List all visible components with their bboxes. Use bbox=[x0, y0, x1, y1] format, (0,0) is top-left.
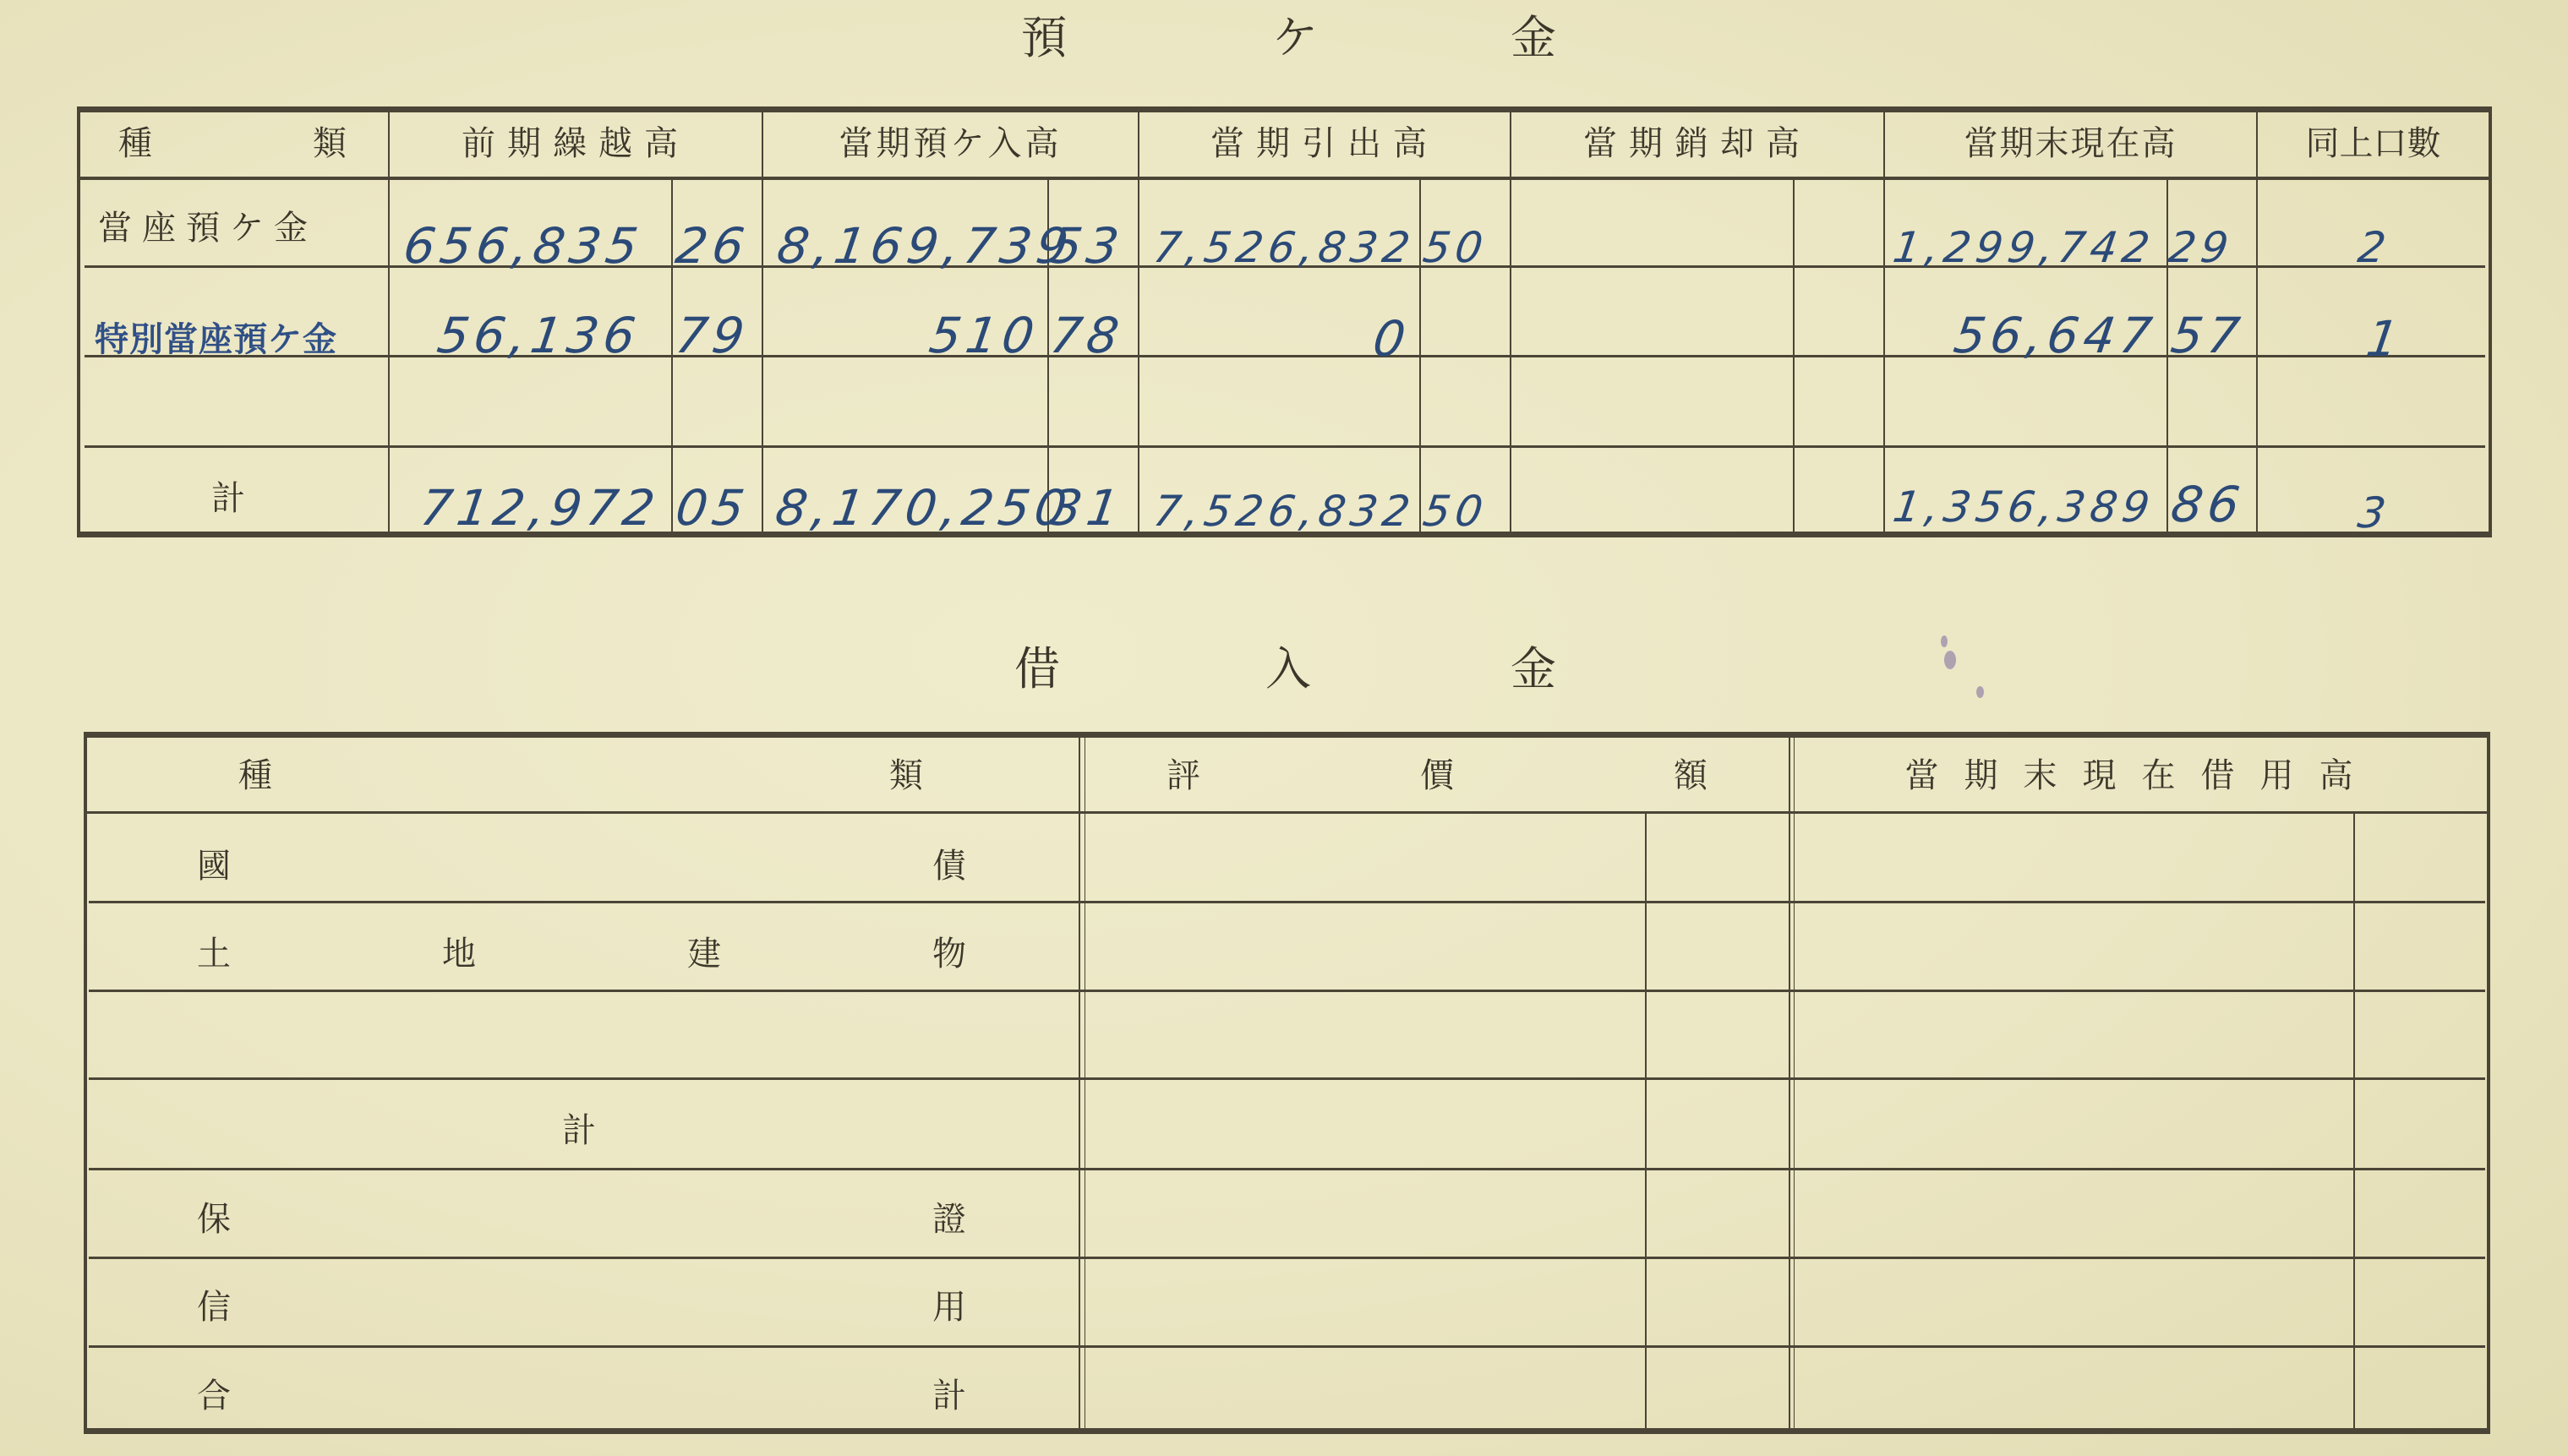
header-type: 種 類 bbox=[118, 123, 347, 165]
row-type-label: 當座預ケ金 bbox=[98, 207, 377, 249]
column-divider bbox=[1794, 738, 1795, 1428]
prev-carryover-sen: 79 bbox=[673, 311, 752, 360]
prev-carryover-yen: 656,835 bbox=[401, 221, 646, 270]
header-balance-end: 當期末現在借用高 bbox=[1796, 755, 2487, 797]
withdrawals-yen: 7,526,832 bbox=[1150, 226, 1417, 269]
balance-end-sen: 57 bbox=[2168, 311, 2248, 360]
row-label-char: 物 bbox=[932, 937, 966, 971]
deposits-title-char: ケ bbox=[1272, 15, 1318, 61]
header-accounts: 同上口數 bbox=[2258, 123, 2489, 165]
table-row-grand-total: 合 計 bbox=[197, 1375, 966, 1417]
ink-speck bbox=[1976, 686, 1984, 698]
total-balance-end-yen: 1,356,389 bbox=[1890, 486, 2156, 528]
header-appraised-char: 評 bbox=[1167, 759, 1200, 793]
deposits-in-yen: 510 bbox=[926, 311, 1042, 360]
total-prev-carryover-yen: 712,972 bbox=[418, 483, 663, 532]
borrowings-table-left-rule bbox=[84, 732, 87, 1434]
header-prev-carryover: 前期繰越高 bbox=[390, 123, 762, 165]
column-divider bbox=[1789, 738, 1790, 1428]
borrowings-table-top-rule bbox=[84, 732, 2490, 738]
borrowings-title-char: 借 bbox=[1014, 646, 1060, 692]
ink-speck bbox=[1944, 651, 1956, 669]
sen-divider bbox=[1645, 814, 1647, 1428]
row-label-char: 地 bbox=[442, 937, 476, 971]
column-divider bbox=[1085, 738, 1085, 1428]
row-label-char: 信 bbox=[197, 1290, 231, 1324]
table-row-land-buildings: 土 地 建 物 bbox=[197, 933, 966, 975]
header-type-char: 種 bbox=[238, 759, 272, 793]
row-label-char: 國 bbox=[197, 849, 231, 883]
total-prev-carryover-sen: 05 bbox=[673, 483, 752, 532]
table-row-guarantee: 保 證 bbox=[197, 1198, 966, 1241]
column-divider bbox=[1510, 112, 1511, 532]
row-label-char: 證 bbox=[932, 1202, 966, 1236]
column-divider bbox=[388, 112, 390, 532]
deposits-in-sen: 53 bbox=[1047, 221, 1127, 270]
header-withdrawals: 當期引出高 bbox=[1139, 123, 1510, 165]
sen-divider bbox=[2353, 814, 2355, 1428]
row-label-char: 用 bbox=[932, 1290, 966, 1324]
total-deposits-in-sen: 31 bbox=[1047, 483, 1127, 532]
borrowings-title-char: 金 bbox=[1511, 646, 1556, 692]
row-rule bbox=[89, 1168, 2485, 1170]
deposits-table-top-rule bbox=[77, 106, 2492, 112]
ink-speck bbox=[1941, 635, 1948, 647]
column-divider bbox=[2256, 112, 2258, 532]
row-label-char: 土 bbox=[197, 937, 231, 971]
header-appraised-value: 評 價 額 bbox=[1167, 755, 1707, 797]
column-divider bbox=[1079, 738, 1080, 1428]
row-label-char: 債 bbox=[932, 849, 966, 883]
header-type-char: 種 bbox=[118, 127, 152, 161]
borrowings-table-right-rule bbox=[2487, 732, 2490, 1434]
row-type-label: 特別當座預ケ金 bbox=[95, 321, 382, 358]
row-rule bbox=[89, 990, 2485, 992]
balance-end-yen: 56,647 bbox=[1951, 311, 2160, 360]
total-deposits-in-yen: 8,170,250 bbox=[773, 483, 1074, 532]
table-row-govt-bonds: 國 債 bbox=[197, 845, 966, 887]
row-label-char: 保 bbox=[197, 1202, 231, 1236]
balance-end-sen: 29 bbox=[2166, 226, 2236, 269]
accounts-count: 2 bbox=[2355, 226, 2393, 269]
row-label-char: 建 bbox=[687, 937, 721, 971]
row-rule bbox=[89, 1345, 2485, 1348]
deposits-in-yen: 8,169,739 bbox=[774, 221, 1076, 270]
table-row-credit: 信 用 bbox=[197, 1286, 966, 1328]
withdrawals-sen: 50 bbox=[1420, 226, 1490, 269]
header-appraised-char: 價 bbox=[1420, 759, 1454, 793]
deposits-table-left-rule bbox=[77, 106, 80, 537]
total-label: 計 bbox=[211, 477, 262, 520]
row-label-char: 計 bbox=[932, 1379, 966, 1413]
header-appraised-char: 額 bbox=[1674, 759, 1707, 793]
balance-end-yen: 1,299,742 bbox=[1890, 226, 2156, 269]
deposits-table-right-rule bbox=[2489, 106, 2492, 537]
header-writeoffs: 當期銷却高 bbox=[1511, 123, 1883, 165]
total-balance-end-sen: 86 bbox=[2168, 480, 2248, 529]
withdrawals-yen: 0 bbox=[1370, 314, 1413, 363]
prev-carryover-yen: 56,136 bbox=[434, 311, 643, 360]
accounts-count: 1 bbox=[2363, 314, 2407, 363]
header-type-char: 類 bbox=[313, 127, 347, 161]
deposits-title-char: 金 bbox=[1511, 15, 1556, 61]
column-divider bbox=[1883, 112, 1885, 532]
borrowings-table-bottom-rule bbox=[84, 1428, 2490, 1434]
deposits-title-char: 預 bbox=[1021, 15, 1067, 61]
header-type-char: 類 bbox=[889, 759, 923, 793]
row-rule bbox=[89, 1077, 2485, 1080]
header-type: 種 類 bbox=[238, 755, 923, 797]
row-label-char: 計 bbox=[562, 1114, 596, 1148]
header-balance-end: 當期末現在高 bbox=[1885, 123, 2256, 165]
table-row-subtotal: 計 bbox=[562, 1110, 613, 1152]
total-withdrawals-yen: 7,526,832 bbox=[1150, 490, 1417, 532]
total-accounts-count: 3 bbox=[2355, 492, 2393, 534]
deposits-header-rule bbox=[80, 177, 2489, 180]
borrowings-header-rule bbox=[87, 811, 2487, 814]
header-deposits-in: 當期預ケ入高 bbox=[763, 123, 1138, 165]
row-rule bbox=[89, 1257, 2485, 1259]
column-divider bbox=[762, 112, 763, 532]
deposits-in-sen: 78 bbox=[1047, 311, 1127, 360]
row-rule bbox=[85, 445, 2485, 448]
row-label-char: 合 bbox=[197, 1379, 231, 1413]
prev-carryover-sen: 26 bbox=[673, 221, 752, 270]
column-divider bbox=[1138, 112, 1139, 532]
borrowings-title-char: 入 bbox=[1265, 646, 1311, 692]
total-withdrawals-sen: 50 bbox=[1420, 490, 1490, 532]
row-rule bbox=[89, 901, 2485, 903]
